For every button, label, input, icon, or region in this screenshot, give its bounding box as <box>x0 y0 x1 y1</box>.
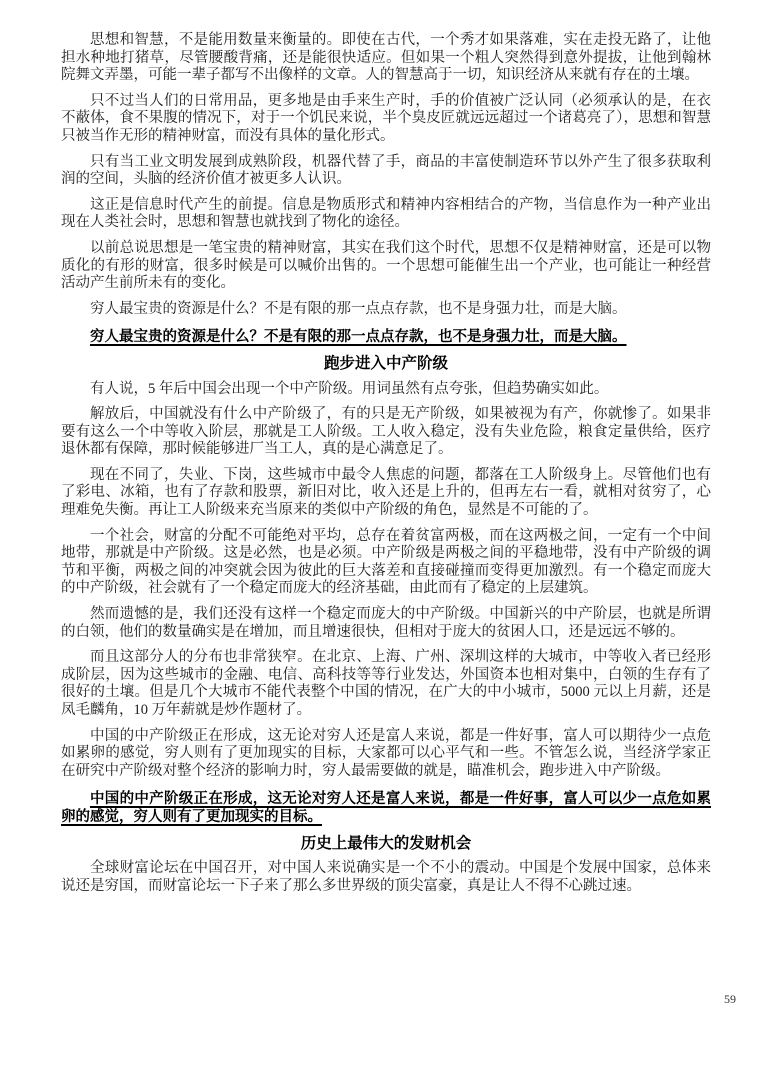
page-content: 思想和智慧，不是能用数量来衡量的。即使在古代，一个秀才如果落难，实在走投无路了，… <box>61 24 711 903</box>
paragraph: 思想和智慧，不是能用数量来衡量的。即使在古代，一个秀才如果落难，实在走投无路了，… <box>61 32 711 85</box>
page-number: 59 <box>724 992 736 1007</box>
paragraph: 现在不同了，失业、下岗，这些城市中最令人焦虑的问题，都落在工人阶级身上。尽管他们… <box>61 467 711 520</box>
paragraph: 只不过当人们的日常用品，更多地是由手来生产时，手的价值被广泛认同（必须承认的是，… <box>61 93 711 146</box>
paragraph: 穷人最宝贵的资源是什么？不是有限的那一点点存款，也不是身强力壮，而是大脑。 <box>61 301 711 319</box>
paragraph: 有人说，5 年后中国会出现一个中产阶级。用词虽然有点夸张，但趋势确实如此。 <box>61 381 711 399</box>
paragraph: 然而遗憾的是，我们还没有这样一个稳定而庞大的中产阶级。中国新兴的中产阶层，也就是… <box>61 606 711 641</box>
paragraph: 全球财富论坛在中国召开，对中国人来说确实是一个不小的震动。中国是个发展中国家，总… <box>61 860 711 895</box>
emphasis-line: 穷人最宝贵的资源是什么？不是有限的那一点点存款，也不是身强力壮，而是大脑。 <box>61 329 711 347</box>
paragraph: 解放后，中国就没有什么中产阶级了，有的只是无产阶级，如果被视为有产，你就惨了。如… <box>61 406 711 459</box>
paragraph: 一个社会，财富的分配不可能绝对平均，总存在着贫富两极，而在这两极之间，一定有一个… <box>61 528 711 598</box>
paragraph: 中国的中产阶级正在形成，这无论对穷人还是富人来说，都是一件好事，富人可以期待少一… <box>61 728 711 781</box>
emphasis-line: 中国的中产阶级正在形成，这无论对穷人还是富人来说，都是一件好事，富人可以少一点危… <box>61 791 711 826</box>
paragraph: 以前总说思想是一笔宝贵的精神财富，其实在我们这个时代，思想不仅是精神财富，还是可… <box>61 240 711 293</box>
section-heading: 历史上最伟大的发财机会 <box>61 835 711 853</box>
paragraph: 这正是信息时代产生的前提。信息是物质形式和精神内容相结合的产物，当信息作为一种产… <box>61 197 711 232</box>
section-heading: 跑步进入中产阶级 <box>61 355 711 373</box>
paragraph: 只有当工业文明发展到成熟阶段，机器代替了手，商品的丰富使制造环节以外产生了很多获… <box>61 154 711 189</box>
document-page: 思想和智慧，不是能用数量来衡量的。即使在古代，一个秀才如果落难，实在走投无路了，… <box>0 0 764 1080</box>
paragraph: 而且这部分人的分布也非常狭窄。在北京、上海、广州、深圳这样的大城市，中等收入者已… <box>61 649 711 719</box>
